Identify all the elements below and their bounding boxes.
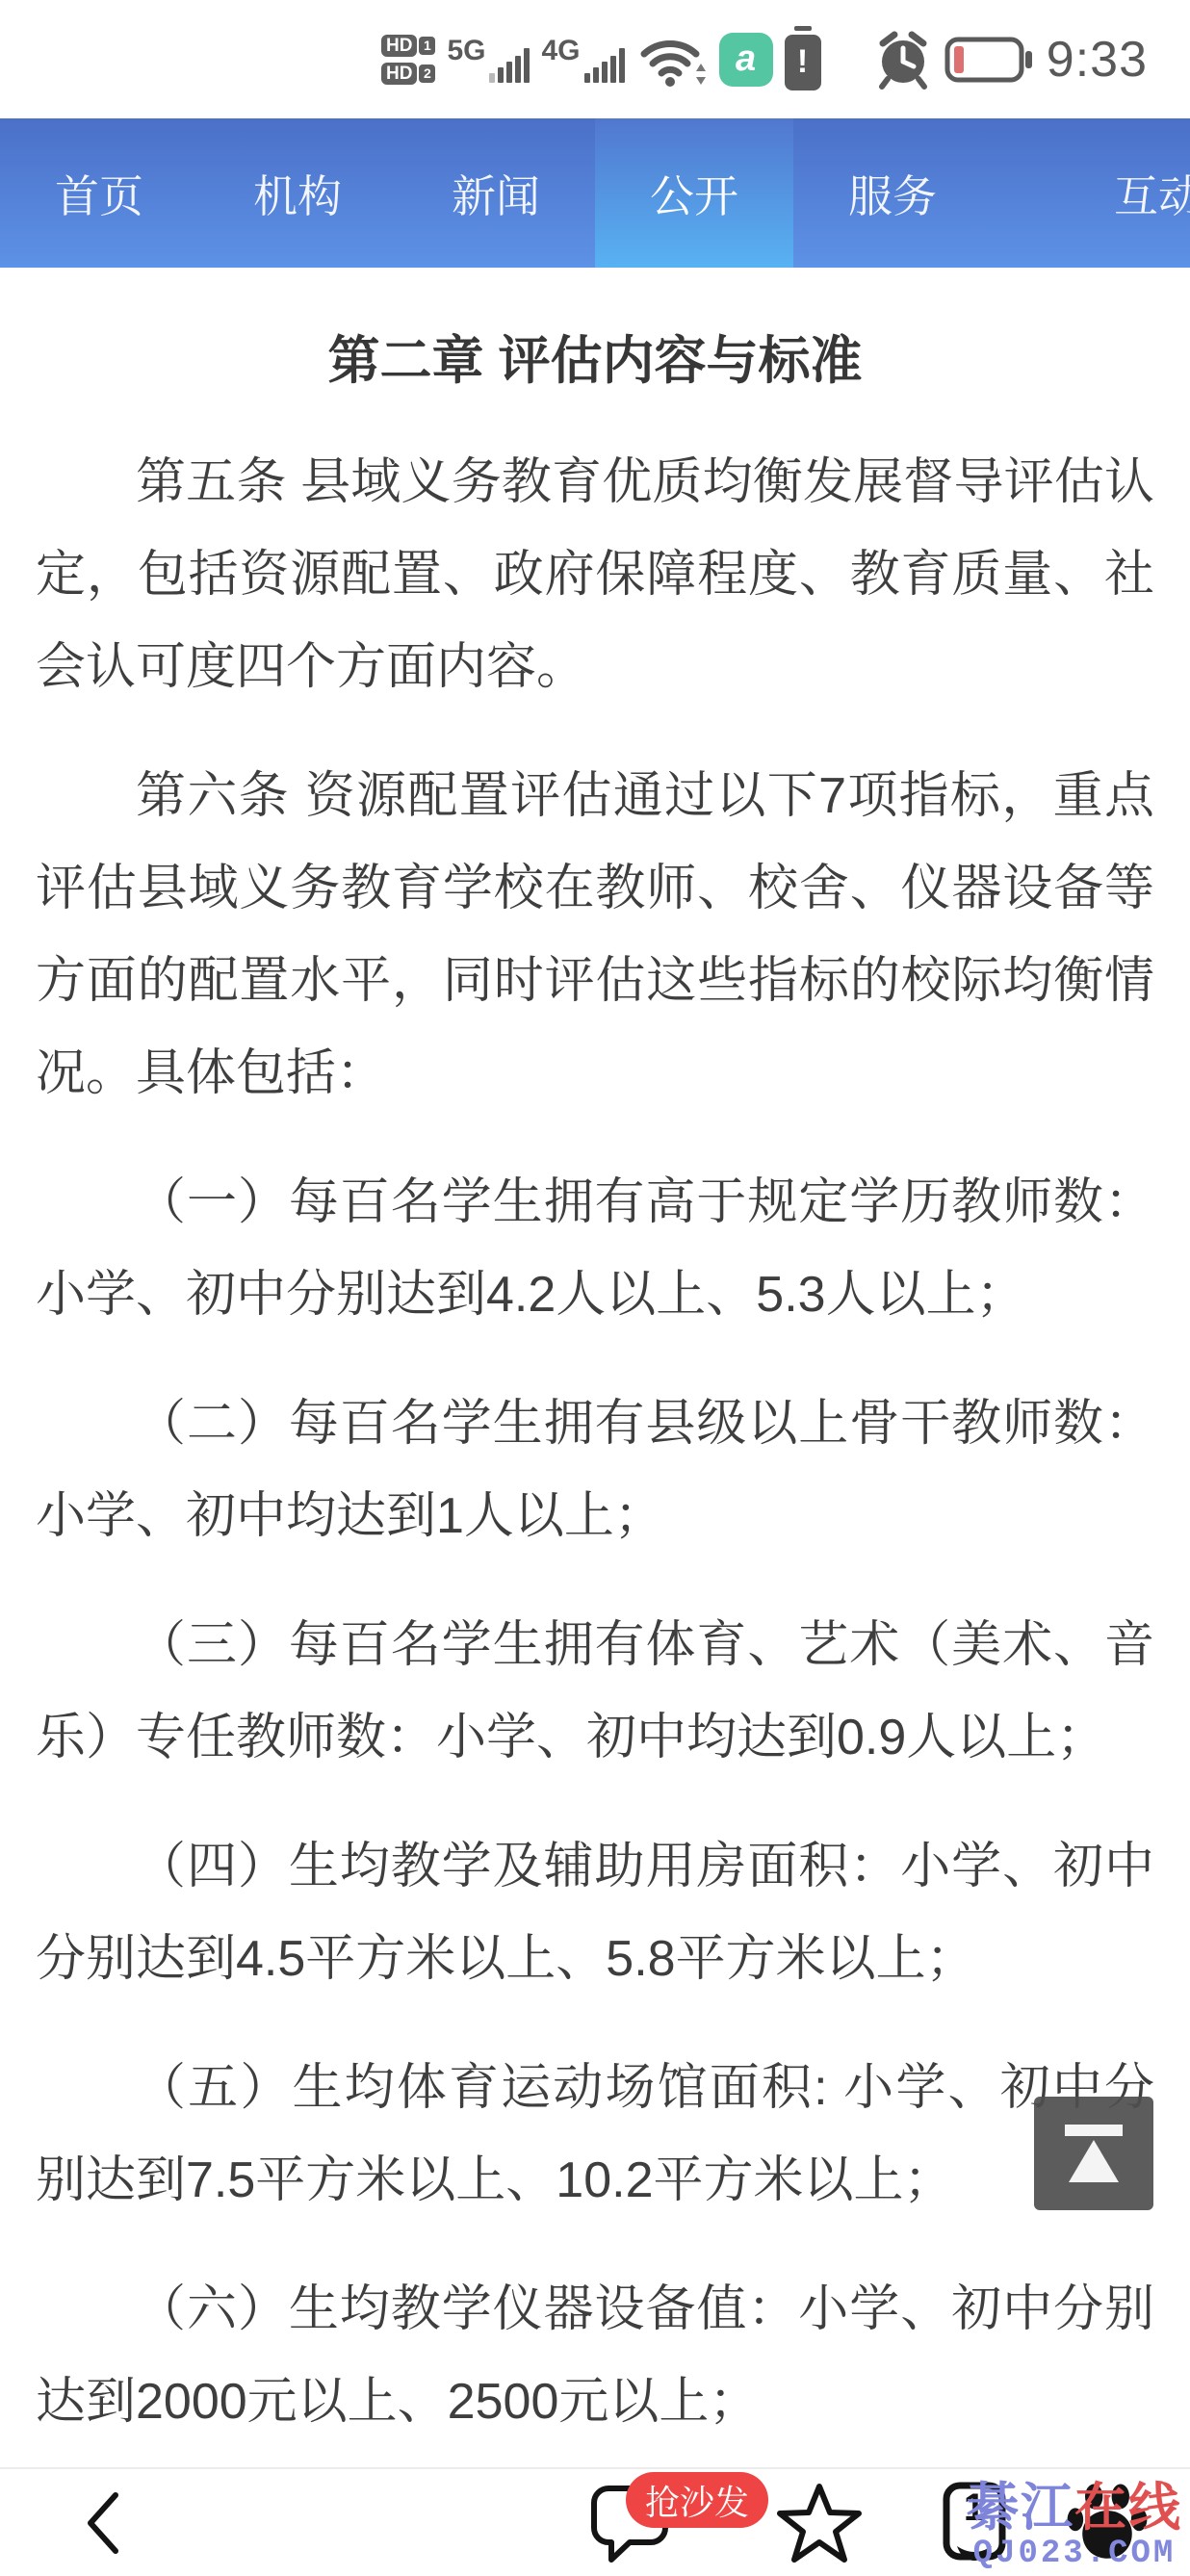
- nav-tab-news-label: 新闻: [452, 162, 540, 225]
- battery-alert-icon: !: [785, 35, 821, 90]
- nav-tab-interact-label: 互动: [1114, 162, 1190, 225]
- watermark-char: 在: [1074, 2479, 1128, 2537]
- article-list-item: （五）生均体育运动场馆面积: 小学、初中分别达到7.5平方米以上、10.2平方米…: [36, 2042, 1154, 2227]
- network-5g-label: 5G: [447, 37, 485, 65]
- watermark-name: 綦江在线: [967, 2482, 1182, 2534]
- article-list-item: （二）每百名学生拥有县级以上骨干教师数：小学、初中均达到1人以上；: [36, 1378, 1154, 1562]
- article-paragraph: 第六条 资源配置评估通过以下7项指标，重点评估县域义务教育学校在教师、校舍、仪器…: [36, 750, 1154, 1120]
- status-left-cluster: HD 1 HD 2 5G 4G: [381, 0, 821, 118]
- signal-4g: 4G: [541, 37, 624, 83]
- watermark-char: 线: [1128, 2479, 1182, 2537]
- dual-sim-hd-icon: HD 1 HD 2: [381, 35, 435, 85]
- nav-tab-services-label: 服务: [848, 162, 937, 225]
- status-right-cluster: 9:33: [875, 0, 1148, 118]
- back-to-top-button[interactable]: [1034, 2097, 1153, 2210]
- top-nav-bar: 首页 机构 新闻 公开 服务 互动: [0, 118, 1190, 268]
- article-body: 第二章 评估内容与标准 第五条 县域义务教育优质均衡发展督导评估认定，包括资源配…: [0, 320, 1190, 2448]
- hd1-label: HD: [381, 35, 417, 57]
- signal-5g: 5G: [447, 37, 530, 83]
- nav-tab-home-label: 首页: [55, 162, 143, 225]
- hd2-sub: 2: [419, 64, 435, 83]
- alarm-clock-icon: [875, 30, 931, 90]
- first-comment-badge[interactable]: 抢沙发: [626, 2472, 768, 2528]
- signal-bars-5g-icon: [489, 44, 530, 83]
- clock-time: 9:33: [1047, 31, 1148, 89]
- low-battery-icon: [944, 35, 1033, 85]
- nav-tab-orgs[interactable]: 机构: [198, 118, 397, 268]
- network-4g-label: 4G: [541, 37, 580, 65]
- hd2-badge: HD 2: [381, 63, 435, 85]
- star-icon[interactable]: [776, 2481, 863, 2565]
- hd1-sub: 1: [419, 37, 435, 55]
- battery-alert-mark: !: [797, 43, 808, 81]
- nav-tab-services[interactable]: 服务: [793, 118, 992, 268]
- nav-tab-home[interactable]: 首页: [0, 118, 198, 268]
- watermark-url: QJ023.COM: [967, 2537, 1182, 2570]
- article-list-item: （三）每百名学生拥有体育、艺术（美术、音乐）专任教师数：小学、初中均达到0.9人…: [36, 1599, 1154, 1784]
- site-watermark: 綦江在线 QJ023.COM: [967, 2482, 1182, 2570]
- watermark-char: 綦: [967, 2479, 1021, 2537]
- back-chevron-icon[interactable]: [81, 2491, 123, 2555]
- status-bar: HD 1 HD 2 5G 4G: [0, 0, 1190, 118]
- nav-tab-public-label: 公开: [650, 162, 738, 225]
- nav-tab-interact[interactable]: 互动: [992, 118, 1190, 268]
- app-icon-letter: a: [736, 39, 756, 80]
- nav-tab-orgs-label: 机构: [253, 162, 342, 225]
- watermark-char: 江: [1021, 2479, 1074, 2537]
- article-list-item: （四）生均教学及辅助用房面积：小学、初中分别达到4.5平方米以上、5.8平方米以…: [36, 1820, 1154, 2005]
- hd2-label: HD: [381, 63, 417, 85]
- nav-tab-news[interactable]: 新闻: [397, 118, 595, 268]
- article-list-item: （一）每百名学生拥有高于规定学历教师数：小学、初中分别达到4.2人以上、5.3人…: [36, 1156, 1154, 1341]
- chapter-title: 第二章 评估内容与标准: [36, 320, 1154, 394]
- article-list-item: （六）生均教学仪器设备值：小学、初中分别达到2000元以上、2500元以上；: [36, 2263, 1154, 2448]
- signal-bars-4g-icon: [584, 44, 625, 83]
- first-comment-badge-label: 抢沙发: [645, 2476, 749, 2525]
- scroll-to-top-icon: [1057, 2119, 1130, 2188]
- wifi-icon: [636, 31, 708, 89]
- nav-tab-public[interactable]: 公开: [595, 118, 793, 268]
- article-paragraph: 第五条 县域义务教育优质均衡发展督导评估认定，包括资源配置、政府保障程度、教育质…: [36, 436, 1154, 713]
- green-app-icon: a: [719, 33, 773, 87]
- hd1-badge: HD 1: [381, 35, 435, 57]
